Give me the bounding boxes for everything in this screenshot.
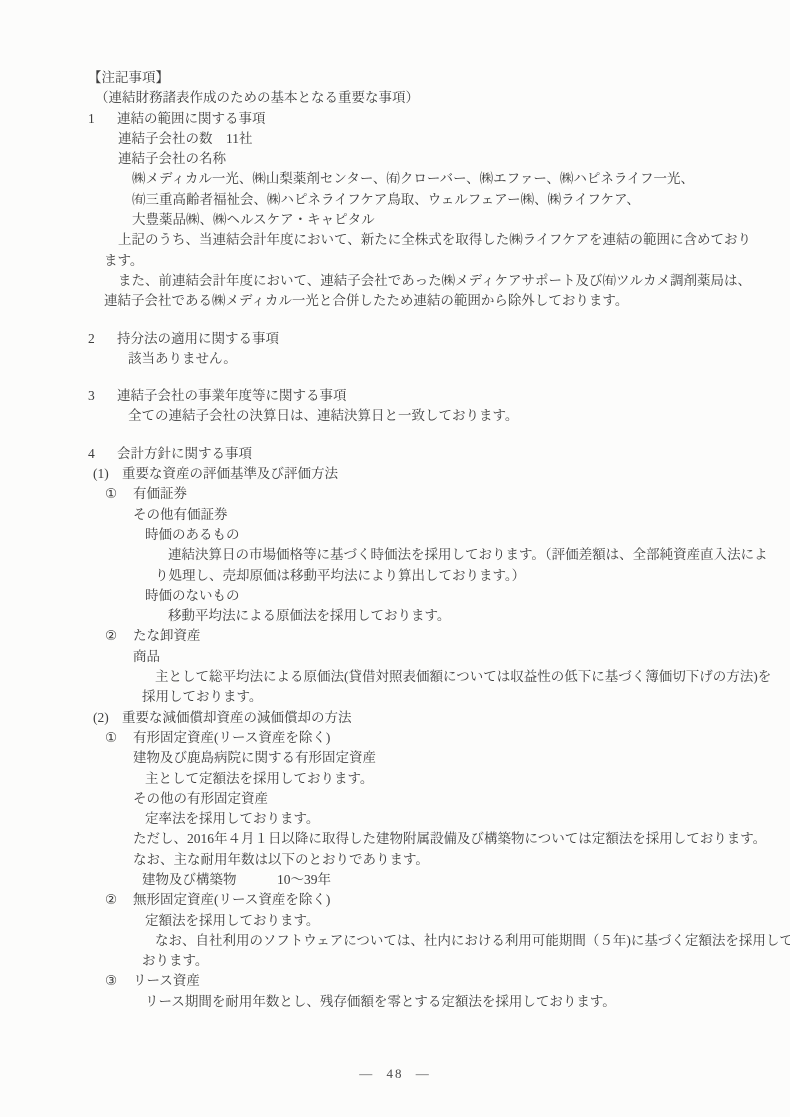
item-1-heading: ①有形固定資産(リース資産を除く) xyxy=(88,728,790,748)
section-4-heading: 4会計方針に関する事項 xyxy=(88,444,790,464)
useful-life-line: 建物及び構築物 10～39年 xyxy=(88,870,790,890)
text-line: 全ての連結子会社の決算日は、連結決算日と一致しております。 xyxy=(88,406,790,426)
item-3-heading: ③リース資産 xyxy=(88,971,790,991)
text-line: 移動平均法による原価法を採用しております。 xyxy=(88,606,790,626)
notes-subtitle: （連結財務諸表作成のための基本となる重要な事項） xyxy=(88,88,790,108)
item-number: (1) xyxy=(93,464,122,484)
item-number: 1 xyxy=(88,109,117,129)
subsection-4-2-heading: (2)重要な減価償却資産の減価償却の方法 xyxy=(88,708,790,728)
item-text: 連結子会社の事業年度等に関する事項 xyxy=(117,388,347,403)
text-line: 建物及び鹿島病院に関する有形固定資産 xyxy=(88,748,790,768)
subsidiary-names-line: 大豊薬品㈱、㈱ヘルスケア・キャピタル xyxy=(88,210,790,230)
item-text: 無形固定資産(リース資産を除く) xyxy=(133,892,330,907)
subsidiary-names-line: ㈱メディカル一光、㈱山梨薬剤センター、㈲クローバー、㈱エファー、㈱ハピネライフ一… xyxy=(88,169,790,189)
item-number: 2 xyxy=(88,329,117,349)
item-number: 4 xyxy=(88,444,117,464)
section-2-heading: 2持分法の適用に関する事項 xyxy=(88,329,790,349)
section-gap xyxy=(88,369,790,386)
text-line: 主として定額法を採用しております。 xyxy=(88,769,790,789)
text-line: 採用しております。 xyxy=(88,687,790,707)
subsidiary-names-line: ㈲三重高齢者福祉会、㈱ハピネライフケア鳥取、ウェルフェアー㈱、㈱ライフケア、 xyxy=(88,190,790,210)
document-page: 【注記事項】（連結財務諸表作成のための基本となる重要な事項）1連結の範囲に関する… xyxy=(0,0,790,1117)
item-text: 連結の範囲に関する事項 xyxy=(117,111,266,126)
text-line: リース期間を耐用年数とし、残存価額を零とする定額法を採用しております。 xyxy=(88,992,790,1012)
item-1-heading: ①有価証券 xyxy=(88,484,790,504)
text-line: 時価のあるもの xyxy=(88,525,790,545)
text-line: 主として総平均法による原価法(貸借対照表価額については収益性の低下に基づく簿価切… xyxy=(88,667,790,687)
subsidiary-count-line: 連結子会社の数 11社 xyxy=(88,129,790,149)
section-3-heading: 3連結子会社の事業年度等に関する事項 xyxy=(88,386,790,406)
item-text: 重要な減価償却資産の減価償却の方法 xyxy=(122,710,352,725)
page-footer: ― 48 ― xyxy=(0,1064,790,1084)
text-line: なお、主な耐用年数は以下のとおりであります。 xyxy=(88,850,790,870)
item-text: 有形固定資産(リース資産を除く) xyxy=(133,730,330,745)
subsection-4-1-heading: (1)重要な資産の評価基準及び評価方法 xyxy=(88,464,790,484)
page-number-label: ― 48 ― xyxy=(359,1066,431,1081)
item-text: 有価証券 xyxy=(133,486,187,501)
text-line: 上記のうち、当連結会計年度において、新たに全株式を取得した㈱ライフケアを連結の範… xyxy=(88,230,790,250)
item-number: (2) xyxy=(93,708,122,728)
item-number: ③ xyxy=(105,971,133,991)
text-line: なお、自社利用のソフトウェアについては、社内における利用可能期間（５年)に基づく… xyxy=(88,931,790,951)
text-line: ます。 xyxy=(88,251,790,271)
item-text: たな卸資産 xyxy=(133,628,201,643)
section-gap xyxy=(88,312,790,329)
text-line: 連結子会社である㈱メディカル一光と合併したため連結の範囲から除外しております。 xyxy=(88,291,790,311)
item-number: ① xyxy=(105,728,133,748)
text-line: り処理し、売却原価は移動平均法により算出しております。） xyxy=(88,566,790,586)
text-line: また、前連結会計年度において、連結子会社であった㈱メディケアサポート及び㈲ツルカ… xyxy=(88,271,790,291)
item-text: 会計方針に関する事項 xyxy=(117,446,252,461)
text-line: その他有価証券 xyxy=(88,505,790,525)
text-line: 該当ありません。 xyxy=(88,349,790,369)
subsidiary-names-label: 連結子会社の名称 xyxy=(88,149,790,169)
text-line: おります。 xyxy=(88,951,790,971)
item-2-heading: ②無形固定資産(リース資産を除く) xyxy=(88,890,790,910)
document-body: 【注記事項】（連結財務諸表作成のための基本となる重要な事項）1連結の範囲に関する… xyxy=(0,68,790,1012)
item-number: ② xyxy=(105,626,133,646)
item-2-heading: ②たな卸資産 xyxy=(88,626,790,646)
text-line: 時価のないもの xyxy=(88,586,790,606)
text-line: 定率法を採用しております。 xyxy=(88,809,790,829)
text-line: 商品 xyxy=(88,647,790,667)
notes-title: 【注記事項】 xyxy=(88,68,790,88)
item-number: ① xyxy=(105,484,133,504)
item-text: リース資産 xyxy=(133,973,200,988)
text-line: ただし、2016年４月１日以降に取得した建物附属設備及び構築物については定額法を… xyxy=(88,829,790,849)
item-number: 3 xyxy=(88,386,117,406)
section-gap xyxy=(88,427,790,444)
item-text: 持分法の適用に関する事項 xyxy=(117,331,279,346)
text-line: 定額法を採用しております。 xyxy=(88,911,790,931)
item-number: ② xyxy=(105,890,133,910)
text-line: 連結決算日の市場価格等に基づく時価法を採用しております。（評価差額は、全部純資産… xyxy=(88,545,790,565)
section-1-heading: 1連結の範囲に関する事項 xyxy=(88,109,790,129)
text-line: その他の有形固定資産 xyxy=(88,789,790,809)
item-text: 重要な資産の評価基準及び評価方法 xyxy=(122,466,338,481)
